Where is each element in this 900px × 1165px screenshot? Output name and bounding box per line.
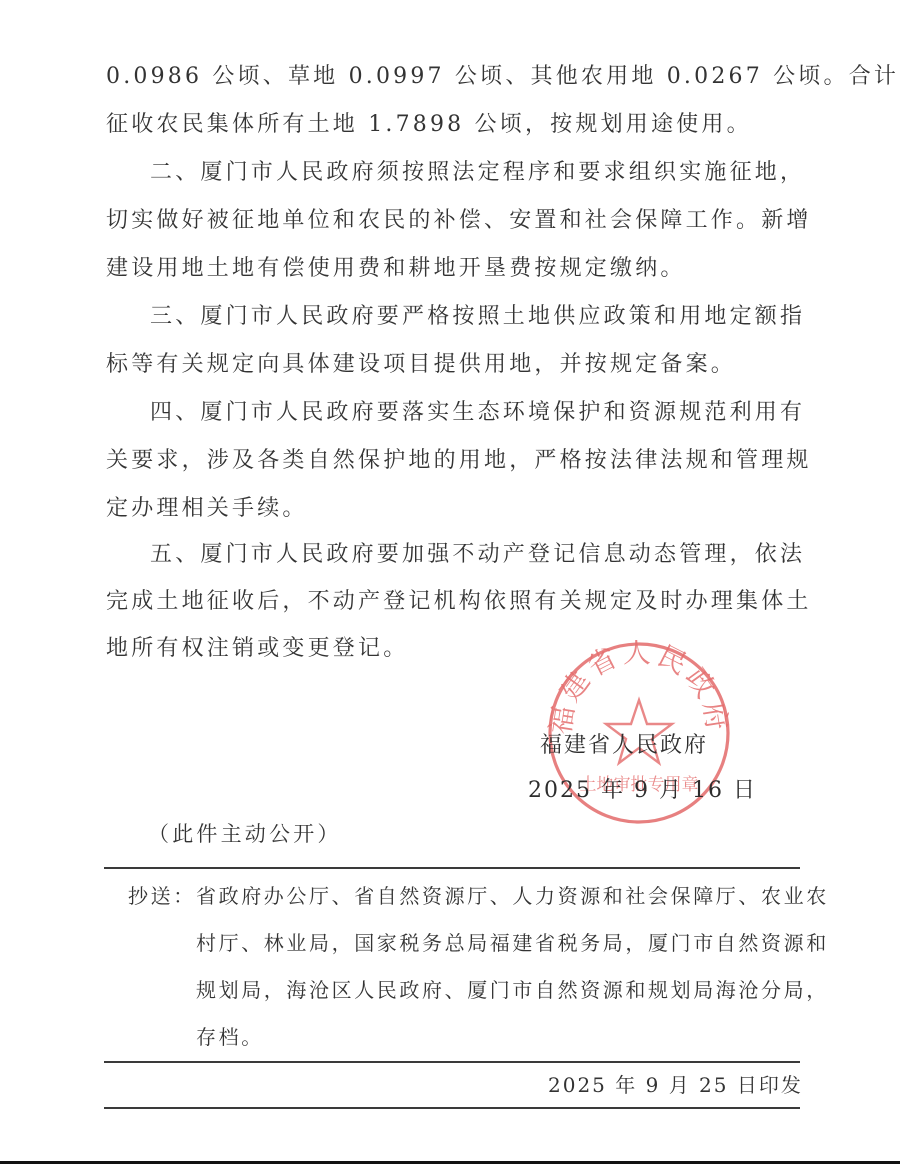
issue-date: 2025 年 9 月 16 日 [528,773,757,804]
disclosure-note: （此件主动公开） [148,819,342,849]
body-line: 标等有关规定向具体建设项目提供用地，并按规定备案。 [106,350,736,380]
cc-line: 村厅、林业局，国家税务总局福建省税务局，厦门市自然资源和 [196,928,829,958]
divider-bottom [104,1107,800,1109]
body-line: 征收农民集体所有土地 1.7898 公顷，按规划用途使用。 [106,110,752,140]
svg-text:福建省人民政府: 福建省人民政府 [546,640,732,736]
cc-line: 省政府办公厅、省自然资源厅、人力资源和社会保障厅、农业农 [196,881,829,911]
body-line: 地所有权注销或变更登记。 [106,634,408,664]
body-line: 建设用地土地有偿使用费和耕地开垦费按规定缴纳。 [106,254,686,284]
issuer-signature: 福建省人民政府 [540,728,708,759]
cc-line: 存档。 [196,1022,264,1052]
divider-middle [104,1061,800,1063]
cc-label: 抄送： [128,881,196,911]
section-two-line: 二、厦门市人民政府须按照法定程序和要求组织实施征地， [150,158,805,188]
cc-line: 规划局，海沧区人民政府、厦门市自然资源和规划局海沧分局， [196,975,829,1005]
divider-top [104,867,800,869]
page-bottom-border [0,1161,900,1164]
body-line: 切实做好被征地单位和农民的补偿、安置和社会保障工作。新增 [106,206,812,236]
body-line: 定办理相关手续。 [106,494,308,524]
body-line: 关要求，涉及各类自然保护地的用地，严格按法律法规和管理规 [106,446,812,476]
section-four-line: 四、厦门市人民政府要落实生态环境保护和资源规范利用有 [150,398,805,428]
print-date: 2025 年 9 月 25 日印发 [548,1070,803,1100]
body-line: 完成土地征收后，不动产登记机构依照有关规定及时办理集体土 [106,587,812,617]
section-three-line: 三、厦门市人民政府要严格按照土地供应政策和用地定额指 [150,302,805,332]
body-line: 0.0986 公顷、草地 0.0997 公顷、其他农用地 0.0267 公顷。合… [106,62,899,92]
section-five-line: 五、厦门市人民政府要加强不动产登记信息动态管理，依法 [150,540,805,570]
